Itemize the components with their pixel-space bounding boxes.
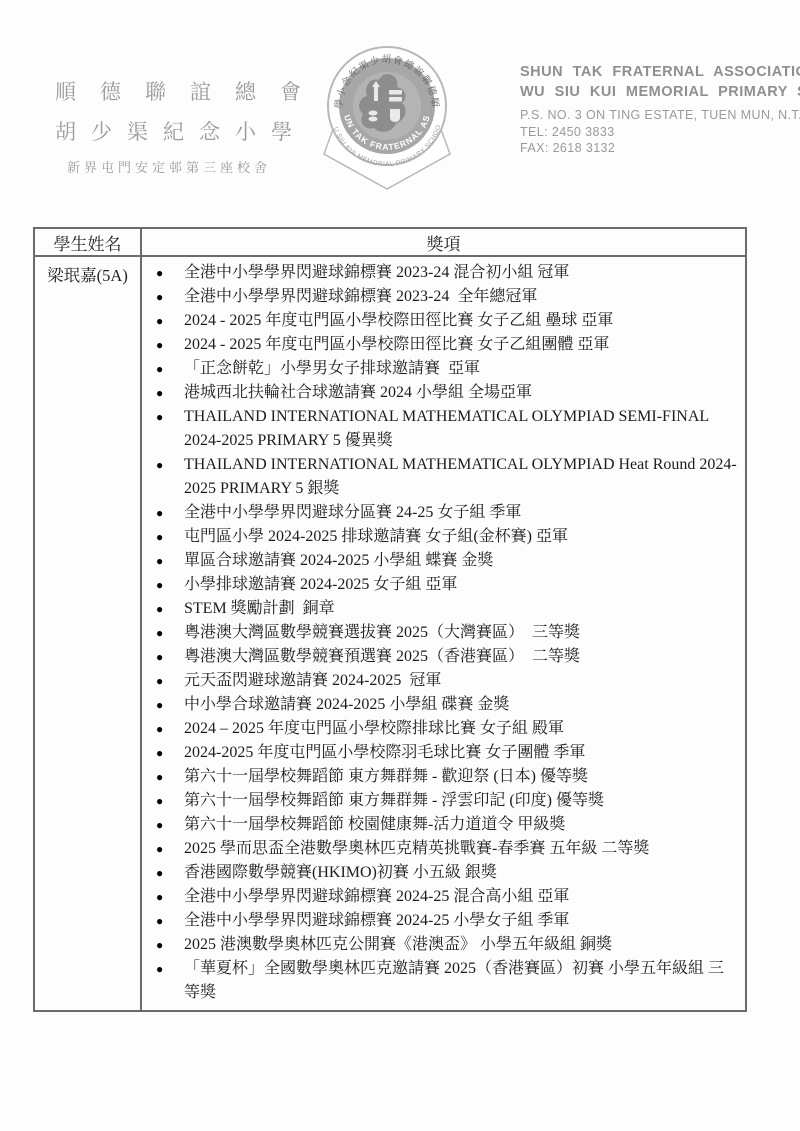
award-text: 2025 港澳數學奧林匹克公開賽《港澳盃》 小學五年級組 銅獎 — [184, 933, 737, 957]
bullet-icon: ● — [156, 885, 184, 909]
award-item: ●THAILAND INTERNATIONAL MATHEMATICAL OLY… — [156, 453, 737, 501]
award-item: ●全港中小學學界閃避球錦標賽 2023-24 全年總冠軍 — [156, 285, 737, 309]
award-text: 2024 - 2025 年度屯門區小學校際田徑比賽 女子乙組團體 亞軍 — [184, 333, 737, 357]
award-text: 全港中小學學界閃避球分區賽 24-25 女子組 季軍 — [184, 501, 737, 525]
award-item: ●全港中小學學界閃避球分區賽 24-25 女子組 季軍 — [156, 501, 737, 525]
school-cn-address: 新界屯門安定邨第三座校舍 — [67, 157, 325, 176]
bullet-icon: ● — [156, 573, 184, 597]
award-text: 屯門區小學 2024-2025 排球邀請賽 女子組(金杯賽) 亞軍 — [184, 525, 737, 549]
award-item: ●2024 – 2025 年度屯門區小學校際排球比賽 女子組 殿軍 — [156, 717, 737, 741]
bullet-icon: ● — [156, 693, 184, 717]
award-text: STEM 獎勵計劃 銅章 — [184, 597, 737, 621]
award-item: ●「正念餅乾」小學男女子排球邀請賽 亞軍 — [156, 357, 737, 381]
award-item: ●第六十一屆學校舞蹈節 校園健康舞-活力道道令 甲級獎 — [156, 813, 737, 837]
award-text: 2024-2025 年度屯門區小學校際羽毛球比賽 女子團體 季軍 — [184, 741, 737, 765]
award-item: ●STEM 獎勵計劃 銅章 — [156, 597, 737, 621]
address-line: P.S. NO. 3 ON TING ESTATE, TUEN MUN, N.T… — [520, 107, 800, 124]
award-item: ●全港中小學學界閃避球錦標賽 2023-24 混合初小組 冠軍 — [156, 261, 737, 285]
award-item: ●粵港澳大灣區數學競賽選拔賽 2025（大灣賽區） 三等獎 — [156, 621, 737, 645]
bullet-icon: ● — [156, 909, 184, 933]
student-name-cell: 梁珉嘉(5A) — [35, 257, 142, 1010]
awards-list: ●全港中小學學界閃避球錦標賽 2023-24 混合初小組 冠軍 ●全港中小學學界… — [142, 257, 745, 1010]
letterhead-page: 順德聯誼總會 胡少渠紀念小學 新界屯門安定邨第三座校舍 — [0, 0, 800, 1131]
bullet-icon: ● — [156, 381, 184, 405]
badge-pot-icon — [390, 109, 400, 122]
bullet-icon: ● — [156, 837, 184, 861]
award-text: 第六十一屆學校舞蹈節 東方舞群舞 - 歡迎祭 (日本) 優等獎 — [184, 765, 737, 789]
school-badge: 學小念紀渠少胡會總誼聯德順 SHUN TAK FRATERNAL ASSN WU… — [312, 43, 462, 191]
award-item: ●屯門區小學 2024-2025 排球邀請賽 女子組(金杯賽) 亞軍 — [156, 525, 737, 549]
bullet-icon: ● — [156, 453, 184, 501]
award-text: 2025 學而思盃全港數學奧林匹克精英挑戰賽-春季賽 五年級 二等獎 — [184, 837, 737, 861]
bullet-icon: ● — [156, 813, 184, 837]
award-item: ●全港中小學學界閃避球錦標賽 2024-25 混合高小組 亞軍 — [156, 885, 737, 909]
award-item: ●小學排球邀請賽 2024-2025 女子組 亞軍 — [156, 573, 737, 597]
award-text: 第六十一屆學校舞蹈節 校園健康舞-活力道道令 甲級獎 — [184, 813, 737, 837]
award-item: ●「華夏杯」全國數學奧林匹克邀請賽 2025（香港賽區）初賽 小學五年級組 三等… — [156, 957, 737, 1005]
bullet-icon: ● — [156, 789, 184, 813]
bullet-icon: ● — [156, 597, 184, 621]
bullet-icon: ● — [156, 645, 184, 669]
award-item: ●2024 - 2025 年度屯門區小學校際田徑比賽 女子乙組 壘球 亞軍 — [156, 309, 737, 333]
award-item: ●2024 - 2025 年度屯門區小學校際田徑比賽 女子乙組團體 亞軍 — [156, 333, 737, 357]
badge-fish-icon — [369, 111, 378, 116]
awards-table-header: 學生姓名 獎項 — [35, 229, 745, 257]
school-name-english: SHUN TAK FRATERNAL ASSOCIATION WU SIU KU… — [520, 62, 800, 157]
award-item: ●單區合球邀請賽 2024-2025 小學組 蝶賽 金獎 — [156, 549, 737, 573]
badge-scroll2-icon — [389, 97, 402, 102]
award-item: ●港城西北扶輪社合球邀請賽 2024 小學組 全場亞軍 — [156, 381, 737, 405]
award-item: ●2025 學而思盃全港數學奧林匹克精英挑戰賽-春季賽 五年級 二等獎 — [156, 837, 737, 861]
awards-table: 學生姓名 獎項 梁珉嘉(5A) ●全港中小學學界閃避球錦標賽 2023-24 混… — [33, 227, 747, 1012]
award-item: ●粵港澳大灣區數學競賽預選賽 2025（香港賽區） 二等獎 — [156, 645, 737, 669]
badge-pagoda-icon — [374, 87, 378, 101]
school-cn-association: 順德聯誼總會 — [55, 76, 325, 106]
award-text: 2024 – 2025 年度屯門區小學校際排球比賽 女子組 殿軍 — [184, 717, 737, 741]
award-item: ●香港國際數學競賽(HKIMO)初賽 小五級 銀獎 — [156, 861, 737, 885]
award-item: ●2025 港澳數學奧林匹克公開賽《港澳盃》 小學五年級組 銅獎 — [156, 933, 737, 957]
column-header-student-name: 學生姓名 — [35, 229, 142, 255]
award-item: ●2024-2025 年度屯門區小學校際羽毛球比賽 女子團體 季軍 — [156, 741, 737, 765]
awards-cell: ●全港中小學學界閃避球錦標賽 2023-24 混合初小組 冠軍 ●全港中小學學界… — [142, 257, 745, 1010]
bullet-icon: ● — [156, 333, 184, 357]
bullet-icon: ● — [156, 357, 184, 381]
award-text: 全港中小學學界閃避球錦標賽 2024-25 小學女子組 季軍 — [184, 909, 737, 933]
award-text: 全港中小學學界閃避球錦標賽 2023-24 全年總冠軍 — [184, 285, 737, 309]
award-text: 香港國際數學競賽(HKIMO)初賽 小五級 銀獎 — [184, 861, 737, 885]
school-name-chinese: 順德聯誼總會 胡少渠紀念小學 新界屯門安定邨第三座校舍 — [55, 76, 325, 176]
awards-table-row: 梁珉嘉(5A) ●全港中小學學界閃避球錦標賽 2023-24 混合初小組 冠軍 … — [35, 257, 745, 1010]
school-en-address: P.S. NO. 3 ON TING ESTATE, TUEN MUN, N.T… — [520, 107, 800, 157]
award-text: 港城西北扶輪社合球邀請賽 2024 小學組 全場亞軍 — [184, 381, 737, 405]
bullet-icon: ● — [156, 741, 184, 765]
award-item: ●第六十一屆學校舞蹈節 東方舞群舞 - 歡迎祭 (日本) 優等獎 — [156, 765, 737, 789]
bullet-icon: ● — [156, 669, 184, 693]
award-text: 粵港澳大灣區數學競賽選拔賽 2025（大灣賽區） 三等獎 — [184, 621, 737, 645]
award-text: 全港中小學學界閃避球錦標賽 2023-24 混合初小組 冠軍 — [184, 261, 737, 285]
award-text: 第六十一屆學校舞蹈節 東方舞群舞 - 浮雲印記 (印度) 優等獎 — [184, 789, 737, 813]
bullet-icon: ● — [156, 717, 184, 741]
school-en-name: WU SIU KUI MEMORIAL PRIMARY SCHOOL — [520, 82, 800, 102]
award-text: 中小學合球邀請賽 2024-2025 小學組 碟賽 金獎 — [184, 693, 737, 717]
award-text: 全港中小學學界閃避球錦標賽 2024-25 混合高小組 亞軍 — [184, 885, 737, 909]
bullet-icon: ● — [156, 861, 184, 885]
award-text: 粵港澳大灣區數學競賽預選賽 2025（香港賽區） 二等獎 — [184, 645, 737, 669]
award-text: 單區合球邀請賽 2024-2025 小學組 蝶賽 金獎 — [184, 549, 737, 573]
bullet-icon: ● — [156, 405, 184, 453]
award-item: ●第六十一屆學校舞蹈節 東方舞群舞 - 浮雲印記 (印度) 優等獎 — [156, 789, 737, 813]
bullet-icon: ● — [156, 621, 184, 645]
award-text: 「正念餅乾」小學男女子排球邀請賽 亞軍 — [184, 357, 737, 381]
award-text: 元天盃閃避球邀請賽 2024-2025 冠軍 — [184, 669, 737, 693]
fax-line: FAX: 2618 3132 — [520, 140, 800, 157]
bullet-icon: ● — [156, 501, 184, 525]
award-text: THAILAND INTERNATIONAL MATHEMATICAL OLYM… — [184, 405, 737, 453]
school-cn-name: 胡少渠紀念小學 — [55, 116, 325, 146]
award-text: 2024 - 2025 年度屯門區小學校際田徑比賽 女子乙組 壘球 亞軍 — [184, 309, 737, 333]
column-header-awards: 獎項 — [142, 229, 745, 255]
bullet-icon: ● — [156, 285, 184, 309]
award-item: ●中小學合球邀請賽 2024-2025 小學組 碟賽 金獎 — [156, 693, 737, 717]
award-text: 「華夏杯」全國數學奧林匹克邀請賽 2025（香港賽區）初賽 小學五年級組 三等獎 — [184, 957, 737, 1005]
badge-fish2-icon — [369, 117, 378, 122]
bullet-icon: ● — [156, 933, 184, 957]
award-text: 小學排球邀請賽 2024-2025 女子組 亞軍 — [184, 573, 737, 597]
bullet-icon: ● — [156, 525, 184, 549]
bullet-icon: ● — [156, 765, 184, 789]
bullet-icon: ● — [156, 549, 184, 573]
bullet-icon: ● — [156, 309, 184, 333]
school-en-association: SHUN TAK FRATERNAL ASSOCIATION — [520, 62, 800, 82]
award-text: THAILAND INTERNATIONAL MATHEMATICAL OLYM… — [184, 453, 737, 501]
bullet-icon: ● — [156, 261, 184, 285]
tel-line: TEL: 2450 3833 — [520, 124, 800, 141]
badge-scroll-icon — [389, 90, 402, 95]
award-item: ●元天盃閃避球邀請賽 2024-2025 冠軍 — [156, 669, 737, 693]
bullet-icon: ● — [156, 957, 184, 1005]
school-badge-icon: 學小念紀渠少胡會總誼聯德順 SHUN TAK FRATERNAL ASSN WU… — [312, 43, 462, 191]
award-item: ●THAILAND INTERNATIONAL MATHEMATICAL OLY… — [156, 405, 737, 453]
award-item: ●全港中小學學界閃避球錦標賽 2024-25 小學女子組 季軍 — [156, 909, 737, 933]
